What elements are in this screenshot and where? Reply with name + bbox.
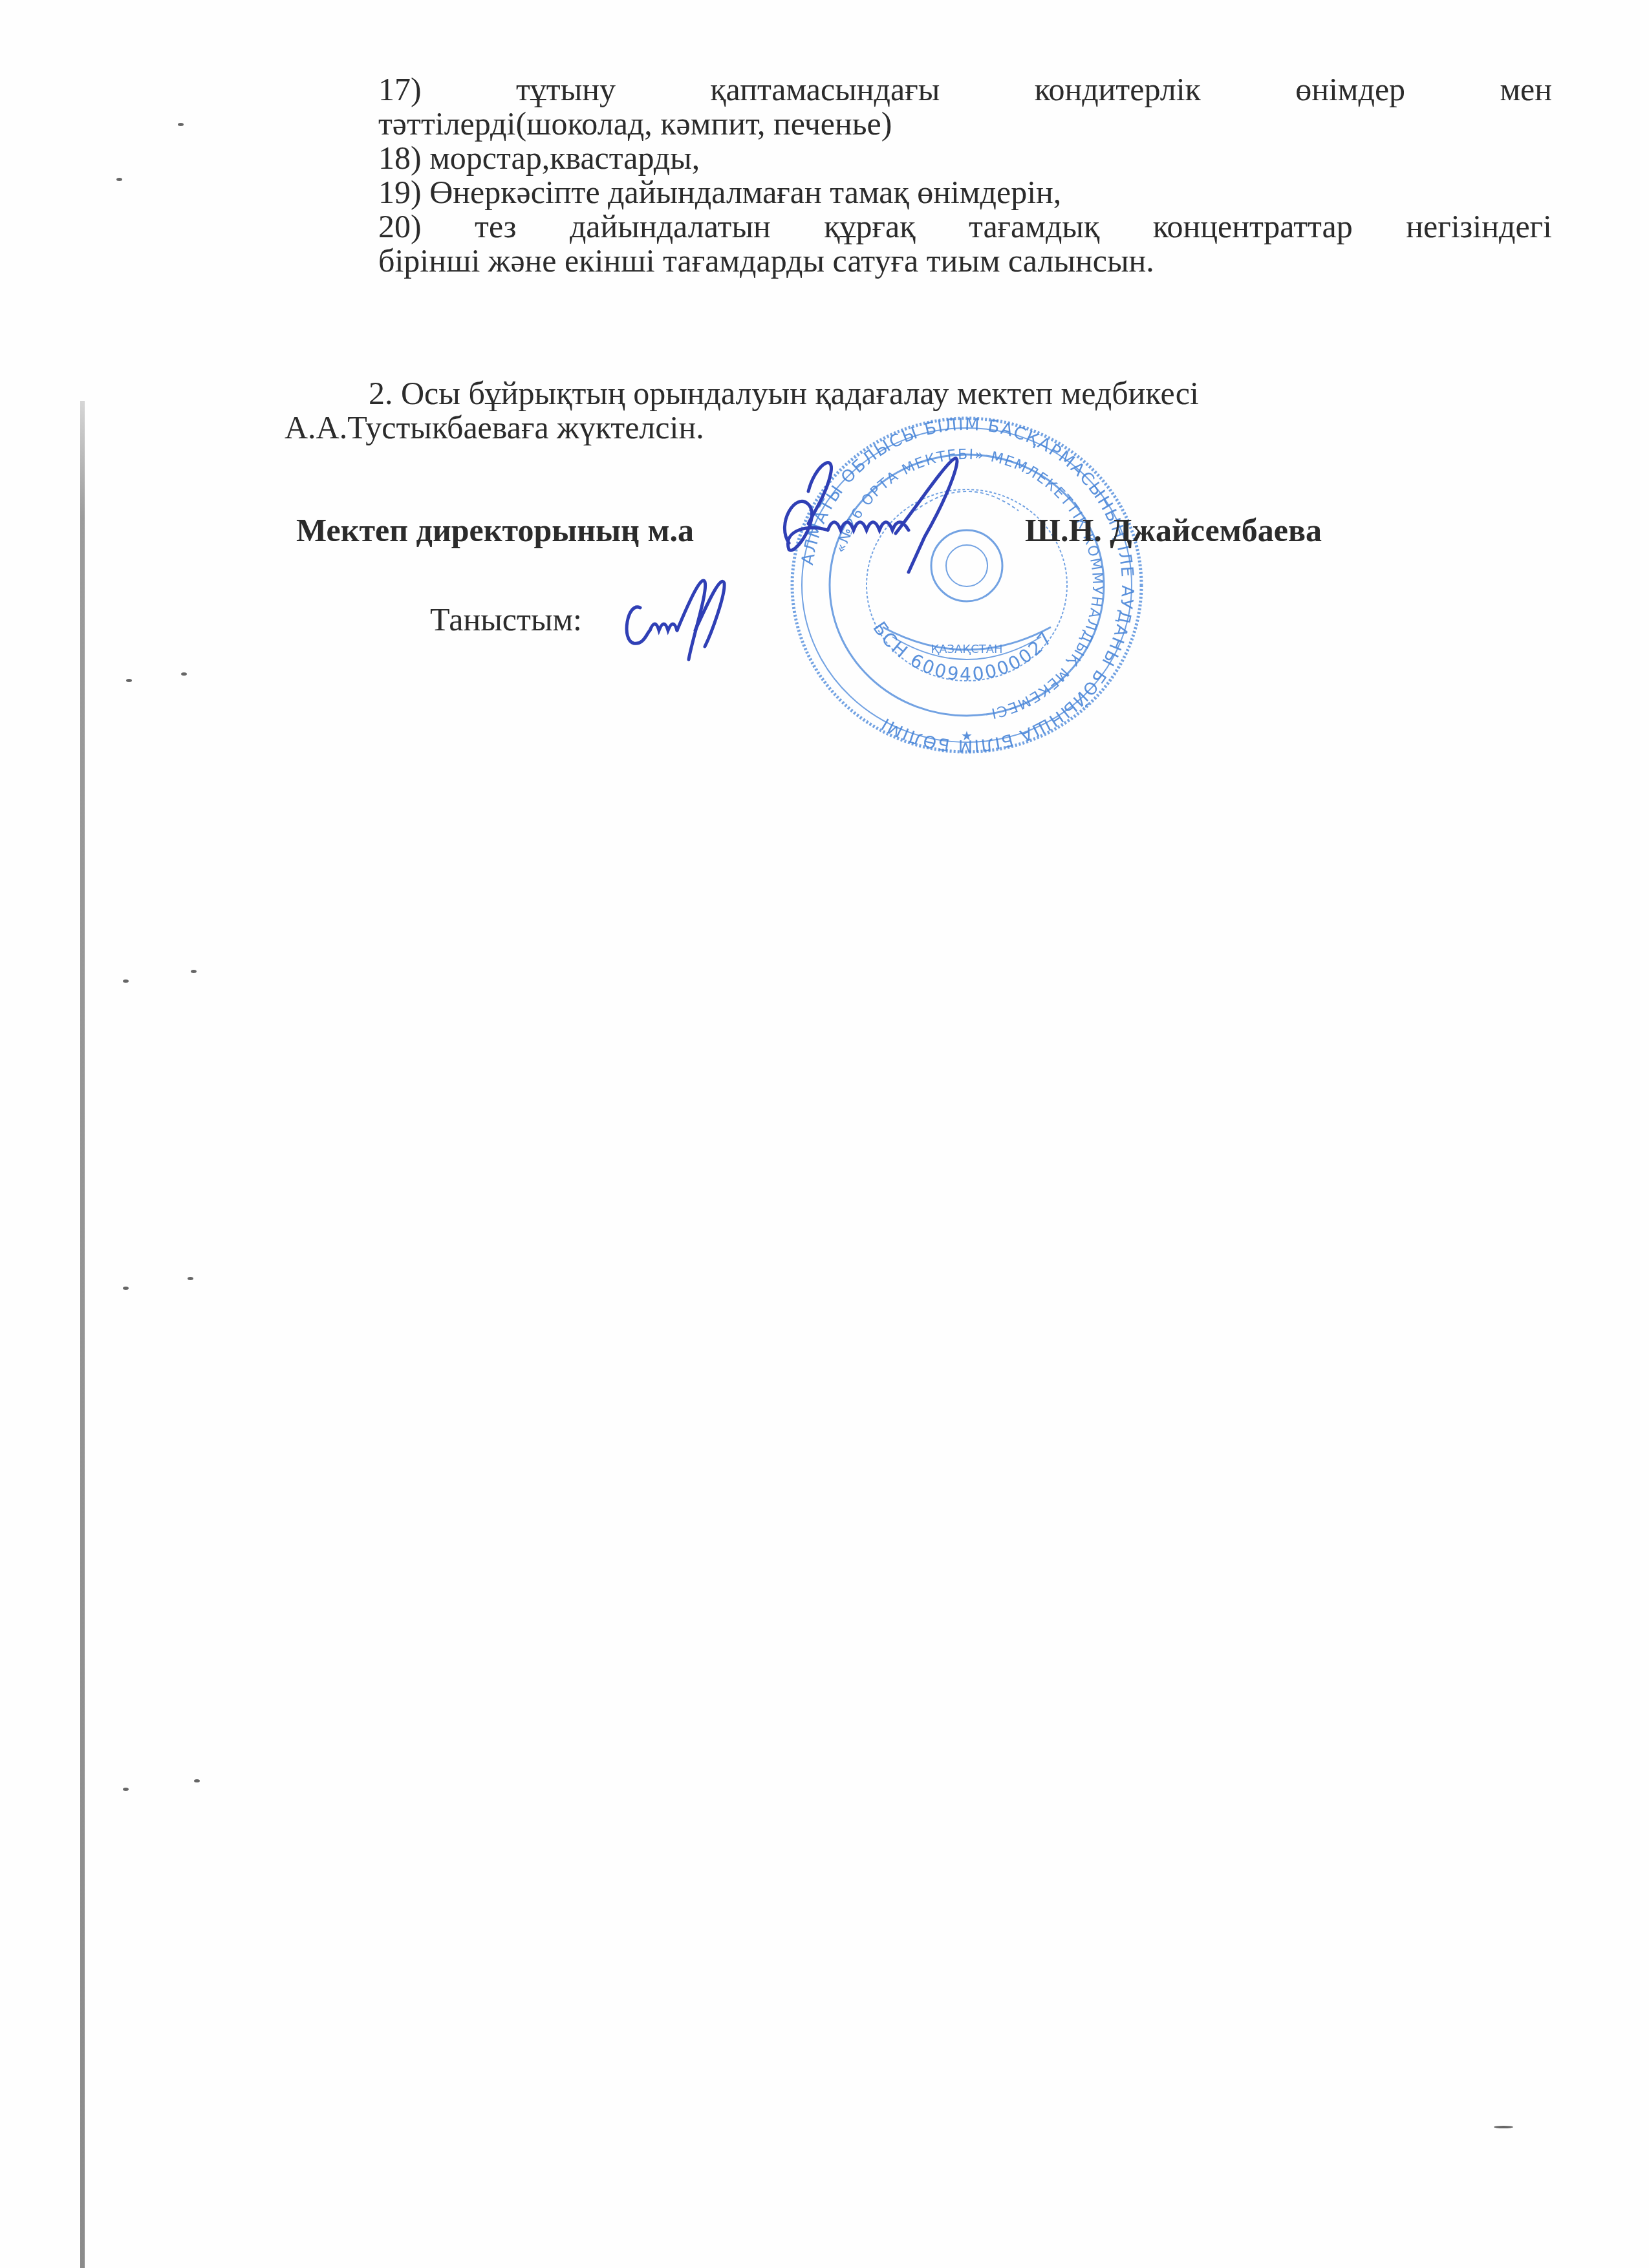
director-title: Мектеп директорының м.а [296, 511, 694, 550]
list-item-19: 19) Өнеркәсіпте дайындалмаған тамақ өнім… [378, 175, 1552, 209]
word: 20) [378, 209, 422, 244]
scan-edge-line [80, 401, 85, 2268]
acknowledged-label: Таныстым: [430, 600, 582, 639]
director-name: Ш.Н. Джайсембаева [1025, 511, 1322, 550]
scan-speck [126, 679, 132, 682]
list-item-20-line1: 20) тез дайындалатын құрғақ тағамдық кон… [378, 209, 1552, 244]
word: 17) [378, 72, 422, 107]
director-signature-icon [770, 453, 983, 582]
list-item-17-line2: тәттілерді(шоколад, кәмпит, печенье) [378, 107, 1552, 141]
prohibited-items-list: 17) тұтыну қаптамасындағы кондитерлік өн… [378, 72, 1552, 278]
scan-speck [194, 1779, 200, 1782]
word: құрғақ [824, 209, 915, 244]
scanned-page: 17) тұтыну қаптамасындағы кондитерлік өн… [0, 0, 1649, 2268]
word: концентраттар [1153, 209, 1353, 244]
scan-speck [123, 979, 129, 983]
word: негізіндегі [1406, 209, 1552, 244]
word: мен [1500, 72, 1552, 107]
scan-speck [191, 970, 197, 973]
acknowledgement-signature-icon [614, 569, 744, 666]
scan-speck [188, 1277, 193, 1280]
scan-speck [1494, 2126, 1513, 2128]
word: кондитерлік [1035, 72, 1201, 107]
word: дайындалатын [570, 209, 771, 244]
word: тез [475, 209, 516, 244]
scan-speck [178, 123, 184, 126]
word: қаптамасындағы [710, 72, 940, 107]
word: тағамдық [969, 209, 1099, 244]
list-item-18: 18) морстар,квастарды, [378, 141, 1552, 175]
clause-2-line1: 2. Осы бұйрықтың орындалуын қадағалау ме… [285, 376, 1199, 411]
list-item-20-line2: бірінші және екінші тағамдарды сатуға ти… [378, 244, 1552, 278]
svg-text:★: ★ [961, 728, 973, 744]
scan-speck [123, 1287, 129, 1290]
scan-speck [116, 178, 122, 181]
word: тұтыну [516, 72, 616, 107]
word: өнімдер [1295, 72, 1405, 107]
svg-text:ҚАЗАҚСТАН: ҚАЗАҚСТАН [931, 643, 1002, 656]
scan-speck [123, 1788, 129, 1791]
scan-speck [181, 672, 187, 676]
list-item-17-line1: 17) тұтыну қаптамасындағы кондитерлік өн… [378, 72, 1552, 107]
